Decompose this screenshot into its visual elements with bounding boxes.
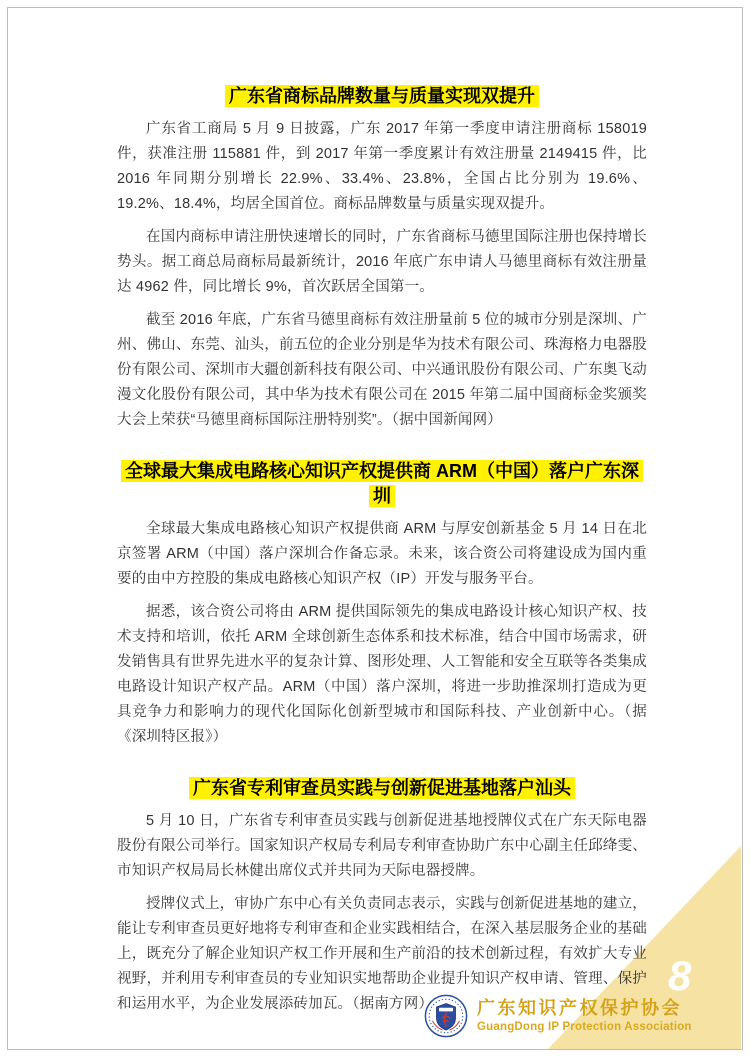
paragraph: 截至 2016 年底，广东省马德里商标有效注册量前 5 位的城市分别是深圳、广州…	[117, 308, 647, 433]
section-title: 广东省专利审查员实践与创新促进基地落户汕头	[117, 776, 647, 801]
paragraph: 5 月 10 日，广东省专利审查员实践与创新促进基地授牌仪式在广东天际电器股份有…	[117, 809, 647, 884]
paragraph: 广东省工商局 5 月 9 日披露，广东 2017 年第一季度申请注册商标 158…	[117, 117, 647, 217]
document-page: 广东省商标品牌数量与质量实现双提升 广东省工商局 5 月 9 日披露，广东 20…	[0, 0, 750, 1056]
section-title: 全球最大集成电路核心知识产权提供商 ARM（中国）落户广东深圳	[117, 459, 647, 509]
paragraph: 在国内商标申请注册快速增长的同时，广东省商标马德里国际注册也保持增长势头。据工商…	[117, 225, 647, 300]
section-arm-china: 全球最大集成电路核心知识产权提供商 ARM（中国）落户广东深圳 全球最大集成电路…	[117, 459, 647, 750]
section-title-highlight: 全球最大集成电路核心知识产权提供商 ARM（中国）落户广东深圳	[121, 460, 643, 507]
page-number: 8	[668, 955, 691, 997]
association-name: 广东知识产权保护协会 GuangDong IP Protection Assoc…	[477, 998, 692, 1034]
association-seal-icon	[424, 994, 468, 1038]
section-trademark-brands: 广东省商标品牌数量与质量实现双提升 广东省工商局 5 月 9 日披露，广东 20…	[117, 84, 647, 433]
paragraph: 据悉，该合资公司将由 ARM 提供国际领先的集成电路设计核心知识产权、技术支持和…	[117, 600, 647, 750]
section-title: 广东省商标品牌数量与质量实现双提升	[117, 84, 647, 109]
association-name-cn: 广东知识产权保护协会	[477, 998, 692, 1018]
association-name-en: GuangDong IP Protection Association	[477, 1020, 692, 1034]
document-content: 广东省商标品牌数量与质量实现双提升 广东省工商局 5 月 9 日披露，广东 20…	[117, 84, 647, 1017]
section-title-highlight: 广东省商标品牌数量与质量实现双提升	[225, 85, 539, 107]
section-title-highlight: 广东省专利审查员实践与创新促进基地落户汕头	[189, 777, 575, 799]
section-patent-examiner-base: 广东省专利审查员实践与创新促进基地落户汕头 5 月 10 日，广东省专利审查员实…	[117, 776, 647, 1017]
paragraph: 全球最大集成电路核心知识产权提供商 ARM 与厚安创新基金 5 月 14 日在北…	[117, 517, 647, 592]
footer-brand: 广东知识产权保护协会 GuangDong IP Protection Assoc…	[424, 994, 692, 1038]
